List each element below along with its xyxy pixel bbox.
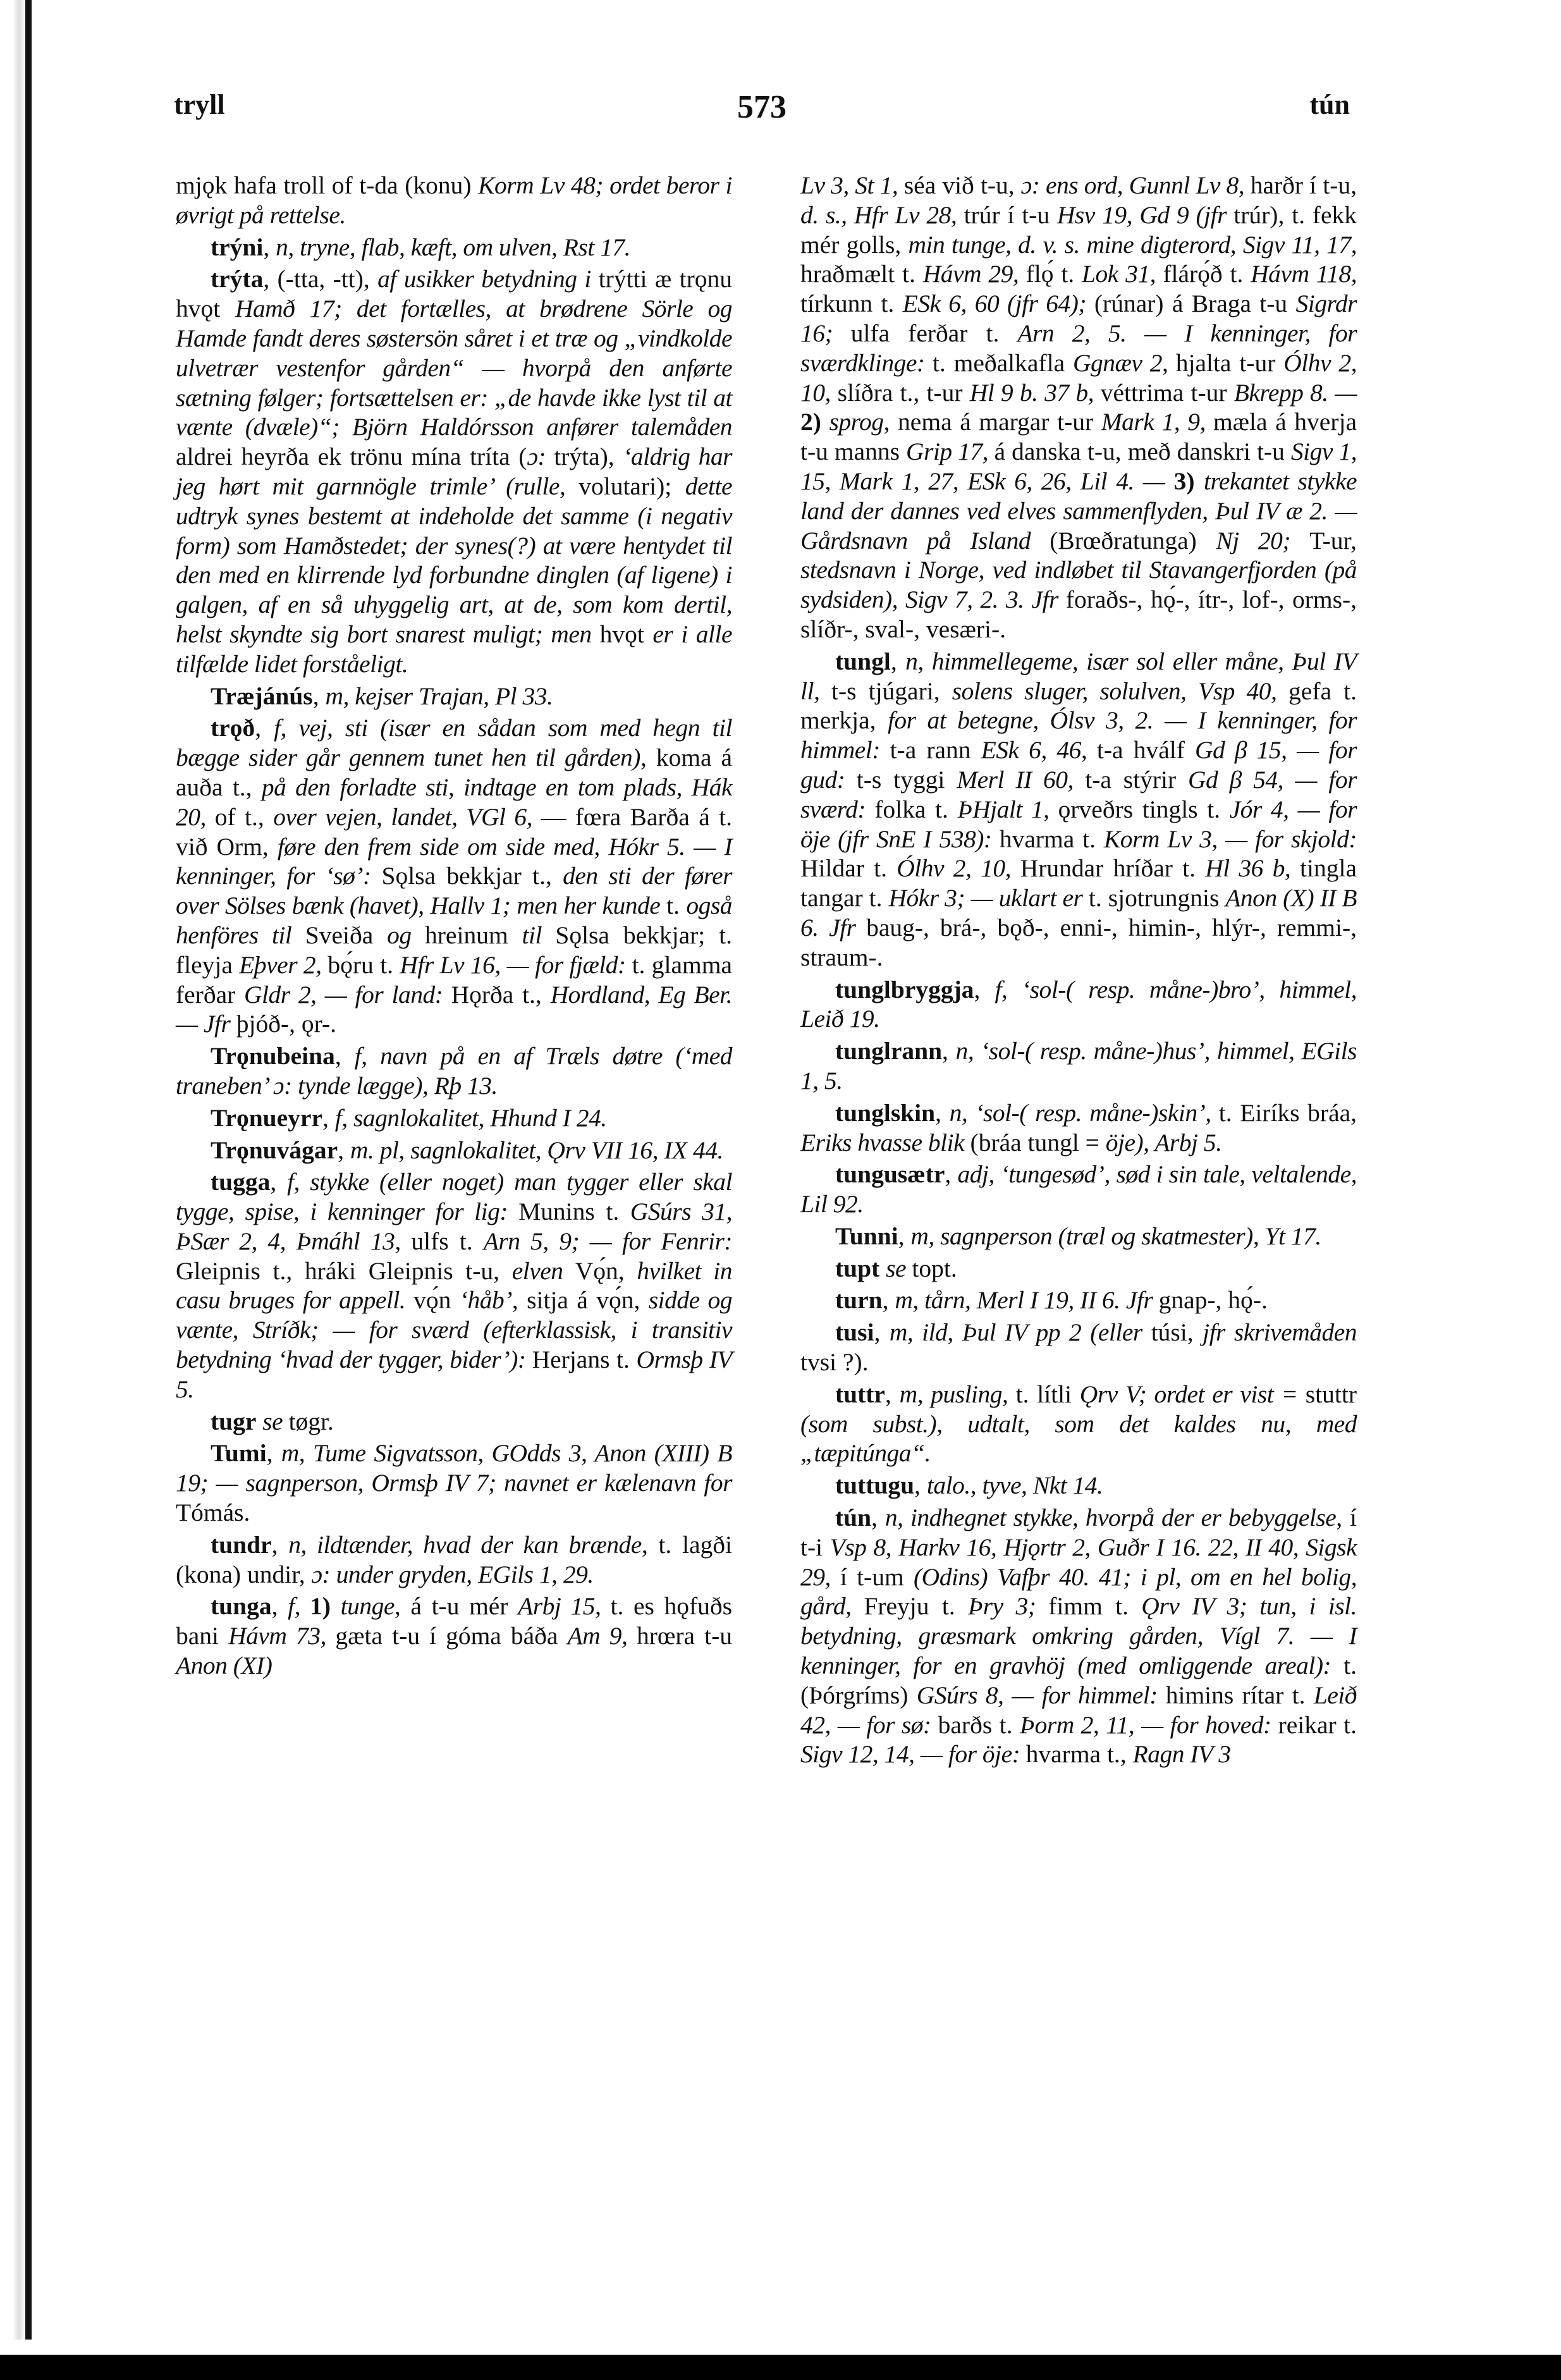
dictionary-entry: tunga, f, 1) tunge, á t-u mér Arbj 15, t… <box>176 1592 732 1680</box>
definition-text: se <box>886 1254 912 1282</box>
headword: Træjánús <box>211 682 313 710</box>
definition-text: Grip 17, <box>906 438 995 465</box>
citation-text: T-ur, <box>1309 527 1357 555</box>
dictionary-entry: tupt se topt. <box>800 1254 1357 1284</box>
dictionary-entry: tugr se tøgr. <box>176 1407 732 1437</box>
definition-text: ɔ: ens ord, Gunnl Lv 8, <box>1021 171 1251 199</box>
headword: tundr <box>211 1531 272 1559</box>
dictionary-entry: tungusætr, adj, ‘tungesød’, sød i sin ta… <box>800 1160 1357 1219</box>
citation-text: , <box>272 1531 289 1559</box>
citation-text: slíðra t., t-ur <box>838 379 970 407</box>
citation-text: , <box>891 647 905 675</box>
citation-text: , (-tta, -tt), <box>263 265 377 293</box>
citation-text: á danska t-u, með danskri t-u <box>995 438 1291 465</box>
citation-text: Hrundar hríðar t. <box>1020 854 1205 882</box>
dictionary-entry: trýni, n, tryne, flab, kæft, om ulven, R… <box>176 233 732 262</box>
definition-text: Lv 3, St 1, <box>800 171 904 199</box>
headword: Trǫnueyrr <box>211 1104 322 1132</box>
page-number: 573 <box>737 89 787 126</box>
citation-text: , <box>338 1136 350 1164</box>
citation-text: stuttr <box>1306 1380 1357 1408</box>
definition-text: (som subst.), udtalt, som det kaldes nu,… <box>800 1410 1357 1468</box>
definition-text: elven <box>512 1257 575 1285</box>
citation-text: í t-um <box>840 1563 914 1591</box>
citation-text: folka t. <box>874 795 957 823</box>
definition-text: Þry 3; <box>968 1592 1048 1620</box>
headword: tunglrann <box>835 1037 942 1065</box>
definition-text: Hávm 29, <box>923 260 1026 288</box>
citation-text: túsi, <box>1151 1318 1203 1346</box>
headword: Tunni <box>835 1222 898 1250</box>
definition-text: ɔ: under gryden, EGils 1, 29. <box>312 1561 594 1588</box>
definition-text: öje), Arbj 5. <box>1106 1129 1222 1156</box>
definition-text: m, sagnperson (træl og skatmester), Yt 1… <box>910 1222 1321 1250</box>
running-head: tryll 573 tún <box>174 89 1350 133</box>
definition-text: n, tryne, flab, kæft, om ulven, Rst 17. <box>276 233 630 261</box>
citation-text: topt. <box>912 1254 957 1282</box>
citation-text: flǫ́ t. <box>1026 260 1082 288</box>
citation-text: t-a stýrir <box>1085 766 1188 794</box>
headword: tuttugu <box>835 1471 914 1499</box>
definition-text: solens sluger, solulven, Vsp 40, <box>952 677 1289 705</box>
definition-text: m, tårn, Merl I 19, II 6. Jfr <box>895 1286 1158 1314</box>
citation-text: Sǫlsa bekkjar t., <box>381 862 563 890</box>
citation-text: fimm t. <box>1048 1592 1141 1620</box>
right-column: Lv 3, St 1, séa við t-u, ɔ: ens ord, Gun… <box>800 171 1357 1772</box>
definition-text: Eþver 2, <box>239 951 328 979</box>
citation-text: , <box>335 1042 355 1070</box>
citation-text: trúr í t-u <box>964 201 1057 229</box>
definition-text: Hókr 3; — uklart er <box>889 884 1089 912</box>
citation-text: Hǫrða t., <box>451 981 551 1009</box>
definition-text: Arbj 15, <box>518 1592 610 1620</box>
definition-text: min tunge, d. v. s. mine digterord, Sigv… <box>908 231 1357 259</box>
dictionary-entry: tún, n, indhegnet stykke, hvorpå der er … <box>800 1503 1357 1769</box>
citation-text: , <box>313 682 326 710</box>
citation-text: barðs t. <box>938 1711 1020 1739</box>
headword: tugga <box>211 1168 270 1196</box>
definition-text: Hamð 17; det fortælles, at brødrene Sörl… <box>176 295 732 441</box>
dictionary-entry: tundr, n, ildtænder, hvad der kan brænde… <box>176 1530 732 1590</box>
citation-text <box>256 1408 262 1435</box>
definition-text: n, ildtænder, hvad der kan brænde <box>288 1531 642 1559</box>
definition-text: Hl 9 b. 37 b, <box>970 379 1101 407</box>
citation-text: hvǫt <box>600 620 653 648</box>
citation-text: ǫrveðrs tingls t. <box>1058 795 1230 823</box>
definition-text: Þorm 2, 11, — for hoved: <box>1020 1711 1278 1739</box>
citation-text: , <box>914 1471 927 1499</box>
citation-text: Hildar t. <box>800 854 897 882</box>
definition-text: Ólhv 2, 10, <box>897 854 1020 882</box>
dictionary-entry: tunglbryggja, f, ‘sol-( resp. måne-)bro’… <box>800 975 1357 1034</box>
definition-text: Sigv 12, 14, — for öje: <box>800 1740 1026 1768</box>
citation-text: t. sjotrungnis <box>1089 884 1225 912</box>
definition-text: til <box>522 921 556 949</box>
citation-text: t-s tjúgari, <box>831 677 952 705</box>
definition-text: Am 9, <box>568 1622 637 1650</box>
running-head-first-word: tryll <box>174 89 225 121</box>
citation-text: Tómás. <box>176 1499 250 1526</box>
citation-text: bǫ́ru t. <box>328 951 400 979</box>
headword: Tumi <box>211 1439 267 1467</box>
citation-text: ulfa ferðar t. <box>851 319 1018 347</box>
dictionary-entry: tunglskin, n, ‘sol-( resp. måne-)skin’, … <box>800 1098 1357 1158</box>
definition-text: n, ‘sol-( resp. måne-)skin’, <box>950 1099 1219 1127</box>
definition-text: tunge <box>341 1592 395 1620</box>
dictionary-entry: tugga, f, stykke (eller noget) man tygge… <box>176 1167 732 1404</box>
definition-text: se <box>262 1408 288 1435</box>
dictionary-entry: tungl, n, himmellegeme, især sol eller m… <box>800 647 1357 972</box>
headword: turn <box>835 1286 883 1314</box>
dictionary-entry: tusi, m, ild, Þul IV pp 2 (eller túsi, j… <box>800 1318 1357 1377</box>
definition-text: m, ild, Þul IV pp 2 (eller <box>890 1318 1151 1346</box>
definition-text: Bkrepp 8. — <box>1234 379 1357 407</box>
definition-text: Merl II 60, <box>957 766 1085 794</box>
citation-text: Freyju t. <box>864 1592 968 1620</box>
definition-text: Hávm 73, <box>228 1622 335 1650</box>
headword: tunglskin <box>835 1099 935 1127</box>
dictionary-entry: tunglrann, n, ‘sol-( resp. måne-)hus’, h… <box>800 1036 1357 1096</box>
dictionary-entry: trýta, (-tta, -tt), af usikker betydning… <box>176 264 732 678</box>
definition-text: Mark 1, 9, <box>1101 408 1213 436</box>
citation-text: , <box>272 1592 288 1620</box>
citation-text: t. Eiríks bráa, <box>1219 1099 1357 1127</box>
citation-text: volutari); <box>578 472 685 500</box>
citation-text: hjalta t-ur <box>1176 349 1284 377</box>
dictionary-entry: Træjánús, m, kejser Trajan, Pl 33. <box>176 682 732 711</box>
citation-text: , sitja á vǫ́n, <box>512 1286 649 1314</box>
definition-text: Gldr 2, — for land: <box>244 981 451 1009</box>
citation-text: , <box>883 1286 895 1314</box>
headword: Trǫnubeina <box>211 1042 335 1070</box>
citation-text: , <box>885 1380 900 1408</box>
citation-text: t. lítli <box>1016 1380 1080 1408</box>
citation-text: flárǫ́ð t. <box>1163 260 1251 288</box>
citation-text: , <box>935 1099 950 1127</box>
citation-text: séa við t-u, <box>904 171 1021 199</box>
definition-text: m, kejser Trajan, Pl 33. <box>325 682 553 710</box>
citation-text: vǫ́n <box>413 1286 460 1314</box>
headword: Trǫnuvágar <box>211 1136 338 1164</box>
citation-text: véttrima t-ur <box>1101 379 1234 407</box>
definition-text: Hl 36 b, <box>1205 854 1300 882</box>
citation-text: hvarma t., <box>1026 1740 1133 1768</box>
citation-text: Sveiða <box>305 921 387 949</box>
citation-text: , <box>270 1168 287 1196</box>
definition-text: Arn 5, 9; — for Fenrir: <box>484 1227 732 1255</box>
definition-text: Ggnæv 2, <box>1073 349 1176 377</box>
dictionary-entry: Tumi, m, Tume Sigvatsson, GOdds 3, Anon … <box>176 1438 732 1527</box>
dictionary-entry: Tunni, m, sagnperson (træl og skatmester… <box>800 1222 1357 1251</box>
citation-text: , á t-u mér <box>395 1592 518 1620</box>
dictionary-entry: Trǫnuvágar, m. pl, sagnlokalitet, Ǫrv VI… <box>176 1136 732 1165</box>
citation-text: tírkunn t. <box>800 290 903 317</box>
definition-text: Hávm 118, <box>1251 260 1357 288</box>
citation-text: (Brœðratunga) <box>1050 527 1216 555</box>
definition-text: Ragn IV 3 <box>1133 1740 1231 1768</box>
citation-text: , <box>874 1318 889 1346</box>
citation-text: gæta t-u í góma báða <box>335 1622 567 1650</box>
book-binding-edge <box>0 0 32 2340</box>
definition-text: og <box>387 921 425 949</box>
dictionary-entry: tuttugu, talo., tyve, Nkt 14. <box>800 1471 1357 1500</box>
citation-text: , <box>945 1160 957 1188</box>
headword: tungl <box>835 647 891 675</box>
citation-text: , <box>871 1504 885 1531</box>
citation-text: þjóð-, ǫr-. <box>236 1010 336 1038</box>
citation-text: trýta), <box>554 443 623 470</box>
definition-text: ‘håb’ <box>460 1286 512 1314</box>
definition-text: talo., tyve, Nkt 14. <box>927 1471 1103 1499</box>
citation-text: t. meðalkafla <box>933 349 1073 377</box>
citation-text: t-a hválf <box>1097 736 1195 764</box>
citation-text: t. <box>666 892 686 919</box>
sense-number: 1) <box>310 1592 341 1620</box>
citation-text: gnap-, hǫ́-. <box>1159 1286 1268 1314</box>
headword: tuttr <box>835 1380 885 1408</box>
definition-text: Korm Lv 3, — for skjold: <box>1104 825 1357 853</box>
definition-text: Hfr Lv 16, — for fjæld: <box>400 951 632 979</box>
citation-text: , <box>942 1037 955 1065</box>
definition-text: f, <box>288 1592 310 1620</box>
citation-text: , <box>263 233 276 261</box>
entry-continuation: Lv 3, St 1, séa við t-u, ɔ: ens ord, Gun… <box>800 171 1357 644</box>
citation-text: Herjans t. <box>532 1346 637 1373</box>
running-head-last-word: tún <box>1309 89 1350 121</box>
definition-text: d. s., Hfr Lv 28, <box>800 201 964 229</box>
definition-text: m. pl, sagnlokalitet, Ǫrv VII 16, IX 44. <box>350 1136 723 1164</box>
dictionary-entry: trǫð, f, vej, sti (især en sådan som med… <box>176 713 732 1039</box>
citation-text: Munins t. <box>518 1198 630 1225</box>
citation-text: (bráa tungl = <box>970 1129 1106 1156</box>
definition-text: n, indhegnet stykke, hvorpå der er bebyg… <box>885 1504 1336 1531</box>
citation-text: hrœra t-u <box>637 1622 732 1650</box>
definition-text: GSúrs 8, — for himmel: <box>917 1681 1166 1709</box>
citation-text: t-a rann <box>890 736 981 764</box>
definition-text: Ǫrv V; ordet er vist = <box>1080 1380 1306 1408</box>
dictionary-entry: Trǫnubeina, f, navn på en af Træls døtre… <box>176 1041 732 1101</box>
definition-text: over vejen, landet, VGl 6, <box>273 803 541 831</box>
definition-text: sprog <box>829 408 884 436</box>
headword: tún <box>835 1504 871 1531</box>
headword: tugr <box>211 1408 256 1435</box>
citation-text: tøgr. <box>289 1408 334 1435</box>
definition-text: Lok 31, <box>1082 260 1163 288</box>
citation-text: , <box>322 1104 335 1132</box>
sense-number: 2) <box>800 408 829 436</box>
citation-text: t-s tyggi <box>857 766 957 794</box>
citation-text: himins rítar t. <box>1166 1681 1314 1709</box>
definition-text: Anon (XI) <box>176 1652 272 1679</box>
citation-text: , <box>267 1439 281 1467</box>
headword: tunga <box>211 1592 272 1620</box>
citation-text: harðr í t-u, <box>1251 171 1357 199</box>
definition-text: Hsv 19, Gd 9 (jfr <box>1057 201 1233 229</box>
headword: tusi <box>835 1318 874 1346</box>
citation-text <box>879 1254 886 1282</box>
definition-text: af usikker betydning i <box>377 265 599 293</box>
definition-text: ÞHjalt 1, <box>957 795 1058 823</box>
citation-text: of t., <box>215 803 273 831</box>
headword: tupt <box>835 1254 879 1282</box>
citation-text: Gleipnis t., hráki Gleipnis t-u, <box>176 1257 512 1285</box>
definition-text: ESk 6, 46, <box>981 736 1097 764</box>
citation-text: aldrei heyrða ek trönu mína tríta ( <box>176 443 527 470</box>
definition-text: Nj 20; <box>1216 527 1309 555</box>
headword: trýta <box>211 265 263 293</box>
citation-text: Vǫ́n, <box>575 1257 637 1285</box>
headword: tungusætr <box>835 1160 945 1188</box>
dictionary-entry: Trǫnueyrr, f, sagnlokalitet, Hhund I 24. <box>176 1103 732 1133</box>
dictionary-entry: tuttr, m, pusling, t. lítli Ǫrv V; ordet… <box>800 1380 1357 1468</box>
citation-text: , <box>255 714 274 742</box>
citation-text: hraðmælt t. <box>800 260 923 288</box>
sense-number: 3) <box>1174 467 1204 495</box>
citation-text: , nema á margar t-ur <box>884 408 1101 436</box>
definition-text: m, pusling, <box>900 1380 1016 1408</box>
left-column: mjǫk hafa troll of t-da (konu) Korm Lv 4… <box>176 171 732 1683</box>
scan-bottom-edge <box>0 2355 1561 2380</box>
citation-text: reikar t. <box>1278 1711 1357 1739</box>
citation-text: baug-, brá-, bǫð-, enni-, himin-, hlýr-,… <box>800 914 1357 971</box>
citation-text: mjǫk hafa troll of t-da (konu) <box>176 171 478 199</box>
dictionary-entry: turn, m, tårn, Merl I 19, II 6. Jfr gnap… <box>800 1285 1357 1315</box>
definition-text: Eriks hvasse blik <box>800 1129 970 1156</box>
headword: trǫð <box>211 714 255 742</box>
definition-text: f, sagnlokalitet, Hhund I 24. <box>335 1104 607 1132</box>
citation-text: ulfs t. <box>411 1227 483 1255</box>
citation-text: (rúnar) á Braga t-u <box>1094 290 1296 317</box>
citation-text: tvsi ?). <box>800 1348 869 1376</box>
headword: tunglbryggja <box>835 976 974 1003</box>
citation-text: hvarma t. <box>1000 825 1104 853</box>
definition-text: ɔ: <box>527 443 554 470</box>
citation-text: hreinum <box>425 921 522 949</box>
citation-text: , <box>974 976 995 1003</box>
definition-text: jfr skrivemåden <box>1203 1318 1357 1346</box>
headword: trýni <box>211 233 263 261</box>
definition-text: ESk 6, 60 (jfr 64); <box>903 290 1094 317</box>
entry-continuation: mjǫk hafa troll of t-da (konu) Korm Lv 4… <box>176 171 732 230</box>
citation-text: , <box>898 1222 911 1250</box>
